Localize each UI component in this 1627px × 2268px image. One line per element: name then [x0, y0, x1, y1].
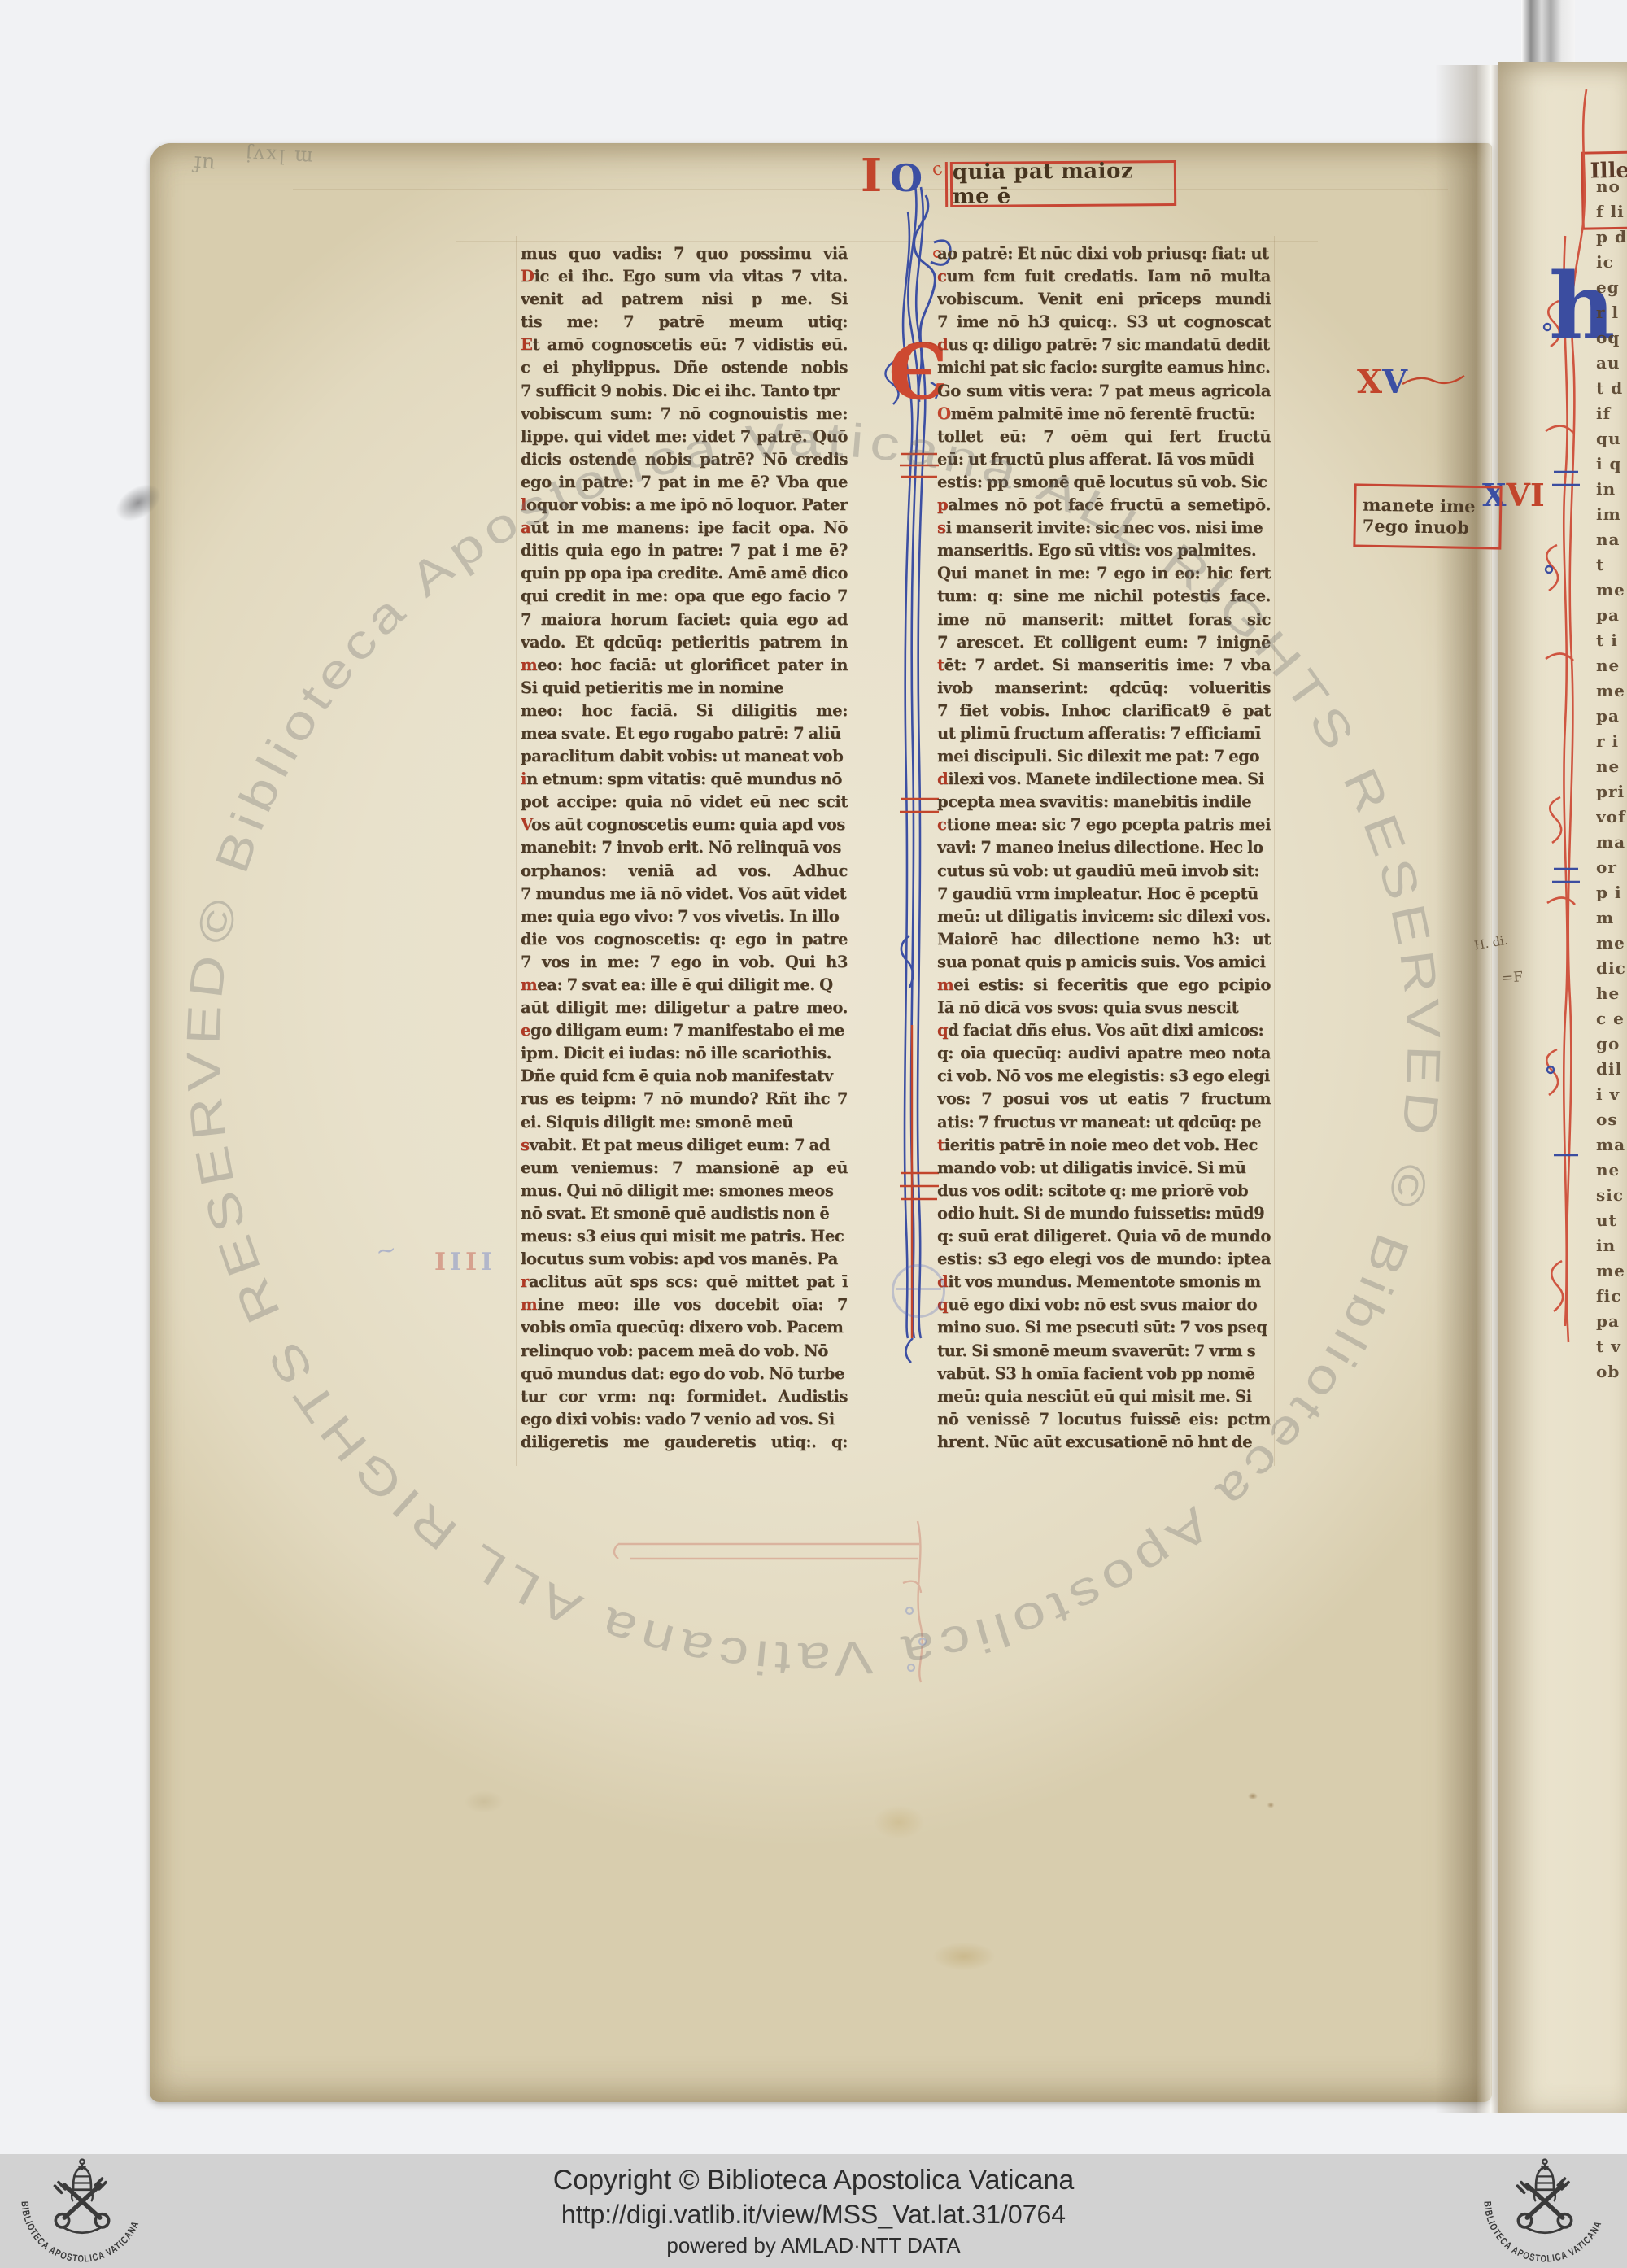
manuscript-line: 7 fiet vobis. Inhoc clarificat9 ē pat me…: [937, 700, 1271, 722]
manuscript-line: estis: pp smonē quē locutus sū vob. Sic: [937, 471, 1271, 494]
manuscript-line: pcepta mea svavitis: manebitis indile: [937, 791, 1271, 813]
numeral-glyph: I: [465, 1248, 481, 1276]
ink-annotation: =F: [1501, 969, 1523, 987]
manuscript-line: ctione mea: sic 7 ego pcepta patris mei …: [937, 813, 1271, 836]
manuscript-line: svabit. Et pat meus diliget eum: 7 ad: [521, 1134, 848, 1157]
manuscript-line: hrent. Nūc aūt excusationē nō hnt de: [937, 1431, 1271, 1454]
manuscript-line: eū: ut fructū plus afferat. Iā vos mūdi: [937, 448, 1271, 471]
manuscript-line: ego diligam eum: 7 manifestabo ei me: [521, 1019, 848, 1042]
manuscript-line: palmes nō pot facē fructū a semetipō. ni: [937, 494, 1271, 517]
manuscript-line: Maiorē hac dilectione nemo h3: ut aīam: [937, 928, 1271, 951]
manuscript-line: sua ponat quis p amicis suis. Vos amici: [937, 951, 1271, 974]
numeral-glyph: I: [434, 1248, 450, 1276]
manuscript-line: tis me: 7 patrē meum utiq: cognouissetis…: [521, 311, 848, 334]
running-title-letter-o: O: [890, 159, 923, 197]
manuscript-line: Iā nō dicā vos svos: quia svus nescit: [937, 997, 1271, 1019]
manuscript-line: vado. Et qdcūq: petieritis patrem in noi…: [521, 631, 848, 654]
footer-url: http://digi.vatlib.it/view/MSS_Vat.lat.3…: [561, 2200, 1066, 2230]
manuscript-line: aūt in me manens: ipe facit opa. Nō cre: [521, 517, 848, 539]
manuscript-line: manebit: 7 invob erit. Nō relinquā vos: [521, 836, 848, 859]
manuscript-line: 7 maiora horum faciet: quia ego ad pat: [521, 608, 848, 631]
manuscript-line: mus quo vadis: 7 quo possimu viā scire.: [521, 242, 848, 265]
manuscript-line: Omēm palmitē ime nō ferentē fructū:: [937, 403, 1271, 425]
manuscript-line: ditis quia ego in patre: 7 pat i me ē? A…: [521, 539, 848, 562]
manuscript-line: meus: s3 eius qui misit me patris. Hec: [521, 1225, 848, 1248]
manuscript-line: atis: 7 fructus vr maneat: ut qdcūq: pe: [937, 1111, 1271, 1134]
manuscript-line: si manserit invite: sic nec vos. nisi im…: [937, 517, 1271, 539]
manuscript-line: meū: quia nesciūt eū qui misit me. Si: [937, 1385, 1271, 1408]
manuscript-line: relinquo vob: pacem meā do vob. Nō: [521, 1340, 848, 1363]
manuscript-line: raclitus aūt sps scs: quē mittet pat ī n…: [521, 1271, 848, 1293]
text-column-left: mus quo vadis: 7 quo possimu viā scire.D…: [521, 242, 848, 1454]
manuscript-line: Vos aūt cognoscetis eum: quia apd vos: [521, 813, 848, 836]
manuscript-line: dit vos mundus. Mementote smonis m: [937, 1271, 1271, 1293]
digitized-manuscript-photo: I O c quia pat maioz me ē Є: [0, 0, 1627, 2268]
manuscript-line: vobis omīa quecūq: dixero vob. Pacem: [521, 1316, 848, 1339]
marginal-note-box: manete ime 7ego inuob: [1353, 483, 1502, 549]
ruling-line: [853, 236, 853, 1466]
pencil-inscription: uf: [193, 150, 216, 177]
manuscript-line: lippe. qui videt me: videt 7 patrē. Quō …: [521, 425, 848, 448]
manuscript-line: aūt diligit me: diligetur a patre meo. E…: [521, 997, 848, 1019]
manuscript-line: c ei phylippus. Dñe ostende nobis patrē:: [521, 356, 848, 379]
pencil-inscription: m lxvj: [243, 143, 313, 169]
manuscript-line: tur. Si smonē meum svaverūt: 7 vrm s: [937, 1340, 1271, 1363]
manuscript-line: manseritis. Ego sū vitis: vos palmites.: [937, 539, 1271, 562]
manuscript-line: tum: q: sine me nichil potestis face. Si…: [937, 585, 1271, 608]
manuscript-line: mando vob: ut diligatis invicē. Si mū: [937, 1157, 1271, 1180]
manuscript-line: 7 arescet. Et colligent eum: 7 inignē mi…: [937, 631, 1271, 654]
manuscript-line: 7 vos in me: 7 ego in vob. Qui h3 mandat…: [521, 951, 848, 974]
manuscript-line: q: suū erat diligeret. Quia vō de mundo …: [937, 1225, 1271, 1248]
manuscript-line: me: quia ego vivo: 7 vos vivetis. In ill…: [521, 905, 848, 928]
manuscript-line: cutus sū vob: ut gaudiū meū invob sit:: [937, 860, 1271, 883]
manuscript-line: dicis ostende nobis patrē? Nō credis q:: [521, 448, 848, 471]
manuscript-line: tēt: 7 ardet. Si manseritis ime: 7 vba m…: [937, 654, 1271, 677]
manuscript-line: 7 mundus me iā nō videt. Vos aūt videt: [521, 883, 848, 905]
manuscript-line: mus. Qui nō diligit me: smones meos: [521, 1180, 848, 1202]
manuscript-line: nō venissē 7 locutus fuissē eis: pctm nō: [937, 1408, 1271, 1431]
manuscript-line: die vos cognoscetis: q: ego in patre meo…: [521, 928, 848, 951]
manuscript-line: ipm. Dicit ei iudas: nō ille scariothis.: [521, 1042, 848, 1065]
manuscript-line: 7 ime nō h3 quicq:. S3 ut cognoscat mū: [937, 311, 1271, 334]
marginal-note-line: manete ime: [1363, 495, 1499, 518]
manuscript-line: paraclitum dabit vobis: ut maneat vob: [521, 745, 848, 768]
manuscript-line: ut plimū fructum afferatis: 7 efficiamī: [937, 722, 1271, 745]
manuscript-line: Si quid petieritis me in nomine: [521, 677, 848, 700]
manuscript-line: quō mundus dat: ego do vob. Nō turbe: [521, 1363, 848, 1385]
manuscript-line: mei estis: si feceritis que ego pcipio v…: [937, 974, 1271, 997]
manuscript-line: vos: 7 posui vos ut eatis 7 fructum affe…: [937, 1088, 1271, 1110]
numeral-glyph: I: [450, 1248, 465, 1276]
chapter-rubric-box: quia pat maioz me ē: [950, 160, 1176, 207]
manuscript-line: dus q: diligo patrē: 7 sic mandatū dedit: [937, 334, 1271, 356]
manuscript-line: odio huit. Si de mundo fuissetis: mūd9: [937, 1202, 1271, 1225]
manuscript-line: meū: ut diligatis invicem: sic dilexi vo…: [937, 905, 1271, 928]
manuscript-line: Et amō cognoscetis eū: 7 vidistis eū. Di: [521, 334, 848, 356]
manuscript-line: 7 sufficit 9 nobis. Dic ei ihc. Tanto tp…: [521, 380, 848, 403]
manuscript-line: qui credit in me: opa que ego facio 7 ip…: [521, 585, 848, 608]
footer-powered-by: powered by AMLAD·NTT DATA: [666, 2233, 960, 2258]
ruling-line: [516, 236, 517, 1466]
chapter-rubric-text: quia pat maioz me ē: [953, 159, 1174, 209]
numeral-glyph: I: [1530, 477, 1545, 513]
manuscript-line: ci vob. Nō vos me elegistis: s3 ego eleg…: [937, 1065, 1271, 1088]
manuscript-line: cum fcm fuit credatis. Iam nō multa loqr: [937, 265, 1271, 288]
manuscript-line: qd faciat dñs eius. Vos aūt dixi amicos:: [937, 1019, 1271, 1042]
manuscript-line: venit ad patrem nisi p me. Si cognouisse: [521, 288, 848, 311]
manuscript-line: in etnum: spm vitatis: quē mundus nō: [521, 768, 848, 791]
manuscript-line: quin pp opa ipa credite. Amē amē dico vo…: [521, 562, 848, 585]
ruling-line: [1274, 236, 1275, 1466]
footer-copyright: Copyright © Biblioteca Apostolica Vatica…: [553, 2165, 1075, 2196]
manuscript-line: vobiscum. Venit eni prīceps mundi hui9:: [937, 288, 1271, 311]
manuscript-line: dilexi vos. Manete indilectione mea. Si: [937, 768, 1271, 791]
manuscript-line: meo: hoc faciā: ut glorificet pater in f…: [521, 654, 848, 677]
manuscript-line: mea svate. Et ego rogabo patrē: 7 aliū: [521, 722, 848, 745]
ruling-line: [456, 241, 1318, 242]
manuscript-line: Go sum vitis vera: 7 pat meus agricola ē…: [937, 380, 1271, 403]
chapter-numeral-xv: XV: [1357, 366, 1407, 399]
text-column-right: ao patrē: Et nūc dixi vob priusq: fiat: …: [937, 242, 1271, 1454]
manuscript-line: ego in patre: 7 pat in me ē? Vba que ego: [521, 471, 848, 494]
numeral-glyph: I: [481, 1248, 496, 1276]
manuscript-line: 7 gaudiū vrm impleatur. Hoc ē pceptū: [937, 883, 1271, 905]
manuscript-line: rus es teipm: 7 nō mundo? Rñt ihc 7 dix: [521, 1088, 848, 1110]
manuscript-line: estis: s3 ego elegi vos de mundo: iptea …: [937, 1248, 1271, 1271]
manuscript-line: q: oīa quecūq: audivi apatre meo nota fe: [937, 1042, 1271, 1065]
numeral-glyph: V: [1506, 477, 1529, 513]
numeral-glyph: X: [1357, 363, 1382, 401]
manuscript-line: dus vos odit: scitote q: me priorē vob: [937, 1180, 1271, 1202]
manuscript-line: quē ego dixi vob: nō est svus maior do: [937, 1293, 1271, 1316]
manuscript-line: michi pat sic facio: surgite eamus hinc.: [937, 356, 1271, 379]
manuscript-line: Dñe quid fcm ē quia nob manifestatv: [521, 1065, 848, 1088]
manuscript-line: tollet eū: 7 oēm qui fert fructū purgabi…: [937, 425, 1271, 448]
manuscript-line: tieritis patrē in noie meo det vob. Hec: [937, 1134, 1271, 1157]
manuscript-line: orphanos: veniā ad vos. Adhuc modicū:: [521, 860, 848, 883]
footer-bar: Copyright © Biblioteca Apostolica Vatica…: [0, 2154, 1627, 2268]
manuscript-line: tur cor vrm: nq: formidet. Audistis quia: [521, 1385, 848, 1408]
faded-stamp: [892, 1264, 945, 1318]
manuscript-line: ivob manserint: qdcūq: volueritis peteti…: [937, 677, 1271, 700]
manuscript-line: mine meo: ille vos docebit oīa: 7 sugget: [521, 1293, 848, 1316]
manuscript-line: loquor vobis: a me ipō nō loquor. Pater: [521, 494, 848, 517]
manuscript-line: diligeretis me gauderetis utiq:. q: vado: [521, 1431, 848, 1454]
manuscript-line: ego dixi vobis: vado 7 venio ad vos. Si: [521, 1408, 848, 1431]
red-swash: [1401, 373, 1466, 389]
manuscript-line: ei. Siquis diligit me: smonē meū: [521, 1111, 848, 1134]
manuscript-line: ime nō manserit: mittet foras sic palmes…: [937, 608, 1271, 631]
manuscript-line: ao patrē: Et nūc dixi vob priusq: fiat: …: [937, 242, 1271, 265]
manuscript-line: pot accipe: quia nō videt eū nec scit eū…: [521, 791, 848, 813]
manuscript-line: Qui manet in me: 7 ego in eo: hic fert f…: [937, 562, 1271, 585]
running-title-letter-i: I: [861, 153, 882, 198]
manuscript-line: meo: hoc faciā. Si diligitis me: mandata: [521, 700, 848, 722]
manuscript-line: locutus sum vobis: apd vos manēs. Pa: [521, 1248, 848, 1271]
vatican-library-logo-left: BIBLIOTECA APOSTOLICA VATICANA: [5, 2156, 159, 2266]
marginal-note-line: 7ego inuob: [1363, 516, 1499, 539]
vatican-library-logo-right: BIBLIOTECA APOSTOLICA VATICANA: [1468, 2156, 1622, 2266]
manuscript-line: Dic ei ihc. Ego sum via vitas 7 vita. Nē…: [521, 265, 848, 288]
manuscript-line: vobiscum sum: 7 nō cognouistis me: Phy: [521, 403, 848, 425]
chapter-numeral-xiiii: IIII: [434, 1248, 496, 1276]
manuscript-line: mino suo. Si me psecuti sūt: 7 vos pseq: [937, 1316, 1271, 1339]
manuscript-line: vavi: 7 maneo ineius dilectione. Hec lo: [937, 836, 1271, 859]
next-page-text-fragment: nof lip dic egr loq aut dif qui qin im n…: [1596, 174, 1627, 1378]
manuscript-line: eum veniemus: 7 mansionē ap eū facie: [521, 1157, 848, 1180]
manuscript-line: vabūt. S3 h omīa facient vob pp nomē: [937, 1363, 1271, 1385]
manuscript-line: mea: 7 svat ea: ille ē qui diligit me. Q: [521, 974, 848, 997]
manuscript-line: nō svat. Et smonē quē audistis non ē: [521, 1202, 848, 1225]
penwork-swash: ~: [374, 1235, 399, 1266]
manuscript-line: mei discipuli. Sic dilexit me pat: 7 ego: [937, 745, 1271, 768]
